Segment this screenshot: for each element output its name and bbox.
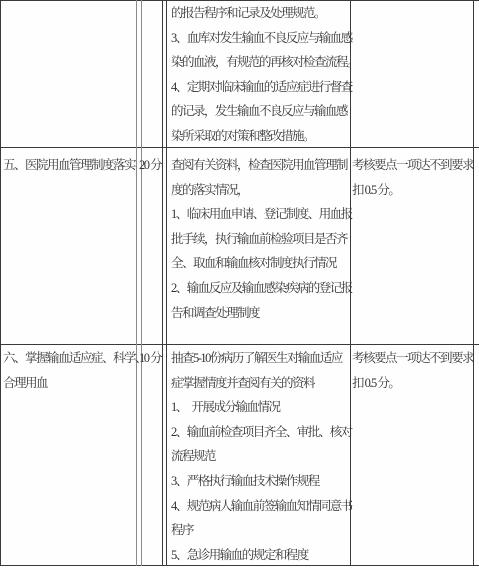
scoring-line: 扣 0.5 分。: [352, 178, 474, 203]
row2-criteria-cell: 查阅有关资料，检查医院用血管理制 度的落实情况， 1、临床用血申请、登记制度、用…: [171, 153, 349, 325]
criteria-line: 染所采取的对策和整改措施。: [171, 124, 349, 149]
criteria-line: 1、临床用血申请、登记制度、用血报: [171, 202, 349, 227]
criteria-line: 2、输血前检查项目齐全、审批、核对: [171, 420, 349, 445]
col-divider-2b: [166, 0, 167, 566]
col-divider-2a: [162, 0, 163, 566]
table-border-left: [0, 0, 1, 566]
score-value: 10 分: [139, 346, 165, 371]
criteria-line: 3、严格执行输血技术操作规程: [171, 469, 349, 494]
criteria-line: 4、规范病人输血前签输血知情同意书: [171, 494, 349, 519]
row2-scoring-cell: 考核要点一项达不到要求 扣 0.5 分。: [352, 153, 474, 202]
criteria-line: 1、 开展成分输血情况: [171, 395, 349, 420]
criteria-line: 的记录，发生输血不良反应与输血感: [171, 99, 349, 124]
item-line: 五、医院用血管理制度落实: [3, 153, 137, 178]
col-divider-1a: [136, 0, 137, 566]
score-value: 20 分: [139, 153, 165, 178]
scoring-line: 考核要点一项达不到要求: [352, 153, 474, 178]
row1-criteria-cell: 的报告程序和记录及处理规范。 3、血库对发生输血不良反应与输血感 染的血液，有规…: [171, 1, 349, 149]
criteria-line: 查阅有关资料，检查医院用血管理制: [171, 153, 349, 178]
row3-score-cell: 10 分: [139, 346, 165, 371]
row2-score-cell: 20 分: [139, 153, 165, 178]
item-line: 合理用血: [3, 371, 137, 396]
row3-criteria-cell: 抽查5-10份病历了解医生对输血适应 症掌握情度并查阅有关的资料 1、 开展成分…: [171, 346, 349, 567]
criteria-line: 2、输血反应及输血感染疾病的登记报: [171, 276, 349, 301]
scoring-line: 考核要点一项达不到要求: [352, 346, 474, 371]
item-line: 六、掌握输血适应症、科学、: [3, 346, 137, 371]
row3-scoring-cell: 考核要点一项达不到要求 扣 0.5 分。: [352, 346, 474, 395]
col-divider-1b: [141, 0, 142, 566]
row-divider-2: [0, 344, 479, 345]
row2-item-cell: 五、医院用血管理制度落实: [3, 153, 137, 178]
criteria-line: 告和调查处理制度: [171, 301, 349, 326]
criteria-line: 流程规范: [171, 444, 349, 469]
criteria-line: 全、取血和输血核对制度执行情况: [171, 251, 349, 276]
criteria-line: 症掌握情度并查阅有关的资料: [171, 371, 349, 396]
criteria-line: 批手续，执行输血前检验项目是否齐: [171, 227, 349, 252]
criteria-line: 程序: [171, 518, 349, 543]
scoring-line: 扣 0.5 分。: [352, 371, 474, 396]
criteria-line: 4、定期对临床输血的适应症进行督查: [171, 75, 349, 100]
criteria-line: 5、急诊用输血的规定和程度: [171, 543, 349, 568]
scanned-document-page: 的报告程序和记录及处理规范。 3、血库对发生输血不良反应与输血感 染的血液，有规…: [0, 0, 479, 570]
criteria-line: 染的血液，有规范的再核对检查流程。: [171, 50, 349, 75]
criteria-line: 度的落实情况，: [171, 178, 349, 203]
criteria-line: 的报告程序和记录及处理规范。: [171, 1, 349, 26]
criteria-line: 抽查5-10份病历了解医生对输血适应: [171, 346, 349, 371]
criteria-line: 3、血库对发生输血不良反应与输血感: [171, 26, 349, 51]
row3-item-cell: 六、掌握输血适应症、科学、 合理用血: [3, 346, 137, 395]
table-border-right: [473, 0, 474, 566]
